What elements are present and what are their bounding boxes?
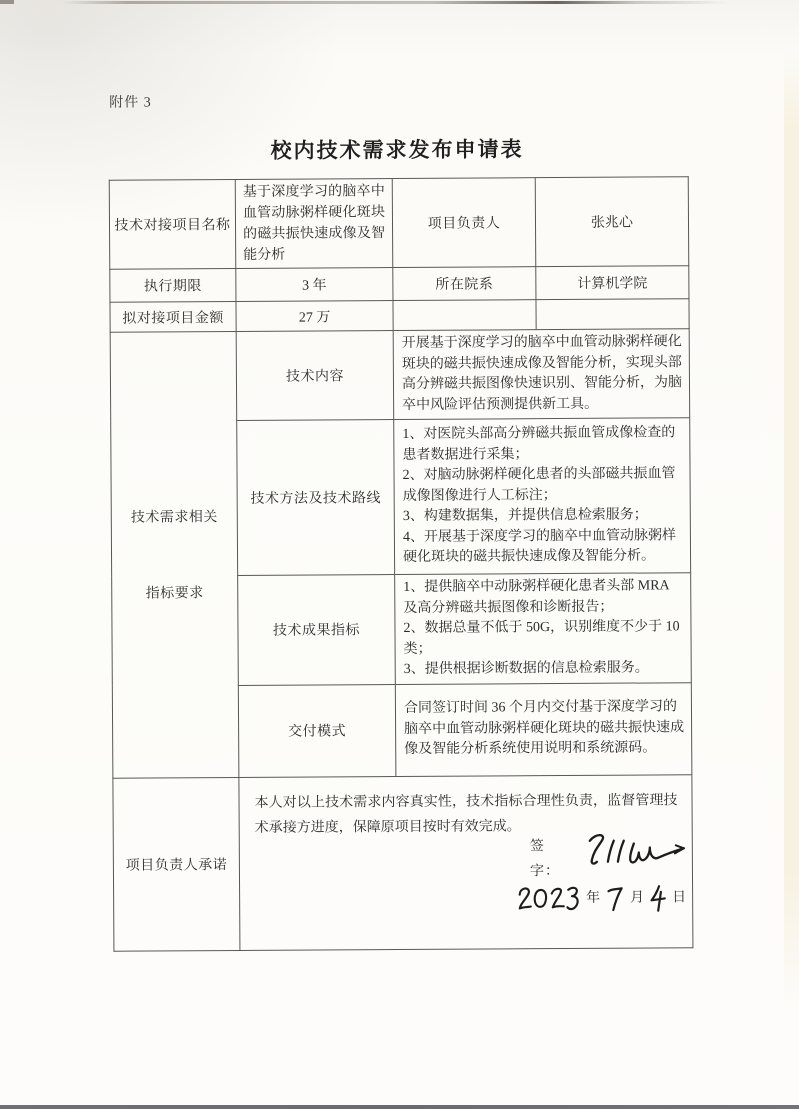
year-unit: 年 bbox=[586, 886, 600, 911]
handwritten-year bbox=[515, 881, 581, 915]
tech-outcome-label: 技术成果指标 bbox=[238, 575, 396, 685]
day-unit: 日 bbox=[672, 885, 686, 910]
row-duration: 执行期限 3 年 所在院系 计算机学院 bbox=[110, 266, 689, 303]
department-label: 所在院系 bbox=[393, 267, 536, 301]
project-leader-value: 张兆心 bbox=[535, 177, 689, 267]
form-title: 校内技术需求发布申请表 bbox=[0, 132, 797, 167]
amount-label: 拟对接项目金额 bbox=[110, 301, 236, 332]
tech-method-value: 1、对医院头部高分辨磁共振血管成像检查的患者数据进行采集； 2、对脑动脉粥样硬化… bbox=[394, 418, 691, 575]
handwritten-date-line: 年 月 日 bbox=[515, 881, 675, 916]
row-amount: 拟对接项目金额 27 万 bbox=[110, 299, 689, 333]
project-leader-label: 项目负责人 bbox=[392, 178, 536, 268]
tech-outcome-value: 1、提供脑卒中动脉粥样硬化患者头部 MRA 及高分辨磁共振图像和诊断报告； 2、… bbox=[395, 573, 692, 684]
row-tech-content: 技术需求相关 指标要求 技术内容 开展基于深度学习的脑卒中血管动脉粥样硬化斑块的… bbox=[110, 329, 690, 422]
application-form-table: 技术对接项目名称 基于深度学习的脑卒中血管动脉粥样硬化斑块的磁共振快速成像及智能… bbox=[109, 176, 694, 951]
empty-cell bbox=[393, 300, 536, 331]
signature-line: 签字： bbox=[530, 833, 692, 884]
commitment-cell: 本人对以上技术需求内容真实性，技术指标合理性负责，监督管理技术承接方进度，保障原… bbox=[239, 774, 693, 950]
handwritten-signature-icon bbox=[574, 829, 692, 881]
duration-label: 执行期限 bbox=[110, 268, 236, 302]
tech-content-value: 开展基于深度学习的脑卒中血管动脉粥样硬化斑块的磁共振快速成像及智能分析，实现头部… bbox=[393, 329, 690, 420]
commitment-label: 项目负责人承诺 bbox=[113, 777, 240, 951]
requirements-group-label-line1: 技术需求相关 bbox=[131, 506, 218, 527]
department-value: 计算机学院 bbox=[536, 266, 689, 300]
handwritten-day bbox=[649, 882, 667, 914]
scanned-page: 附件 3 校内技术需求发布申请表 技术对接项目名称 基于深度学习的脑卒中血管动脉… bbox=[0, 0, 799, 1109]
amount-value: 27 万 bbox=[236, 301, 393, 332]
tech-content-label: 技术内容 bbox=[236, 331, 394, 421]
row-project-name: 技术对接项目名称 基于深度学习的脑卒中血管动脉粥样硬化斑块的磁共振快速成像及智能… bbox=[109, 177, 689, 270]
document-body: 附件 3 校内技术需求发布申请表 技术对接项目名称 基于深度学习的脑卒中血管动脉… bbox=[0, 0, 799, 1109]
duration-value: 3 年 bbox=[236, 268, 393, 302]
handwritten-month bbox=[605, 882, 625, 914]
month-unit: 月 bbox=[630, 886, 644, 911]
row-commitment: 项目负责人承诺 本人对以上技术需求内容真实性，技术指标合理性负责，监督管理技术承… bbox=[113, 774, 693, 951]
requirements-group-cell: 技术需求相关 指标要求 bbox=[110, 331, 239, 777]
signature-label: 签字： bbox=[530, 833, 572, 883]
delivery-mode-label: 交付模式 bbox=[238, 684, 396, 777]
empty-cell bbox=[536, 299, 689, 330]
project-name-value: 基于深度学习的脑卒中血管动脉粥样硬化斑块的磁共振快速成像及智能分析 bbox=[235, 179, 393, 269]
requirements-group-label-line2: 指标要求 bbox=[146, 582, 204, 602]
attachment-label: 附件 3 bbox=[109, 92, 152, 112]
project-name-label: 技术对接项目名称 bbox=[109, 179, 236, 269]
delivery-mode-value: 合同签订时间 36 个月内交付基于深度学习的脑卒中血管动脉粥样硬化斑块的磁共振快… bbox=[395, 682, 692, 776]
tech-method-label: 技术方法及技术路线 bbox=[237, 420, 395, 576]
